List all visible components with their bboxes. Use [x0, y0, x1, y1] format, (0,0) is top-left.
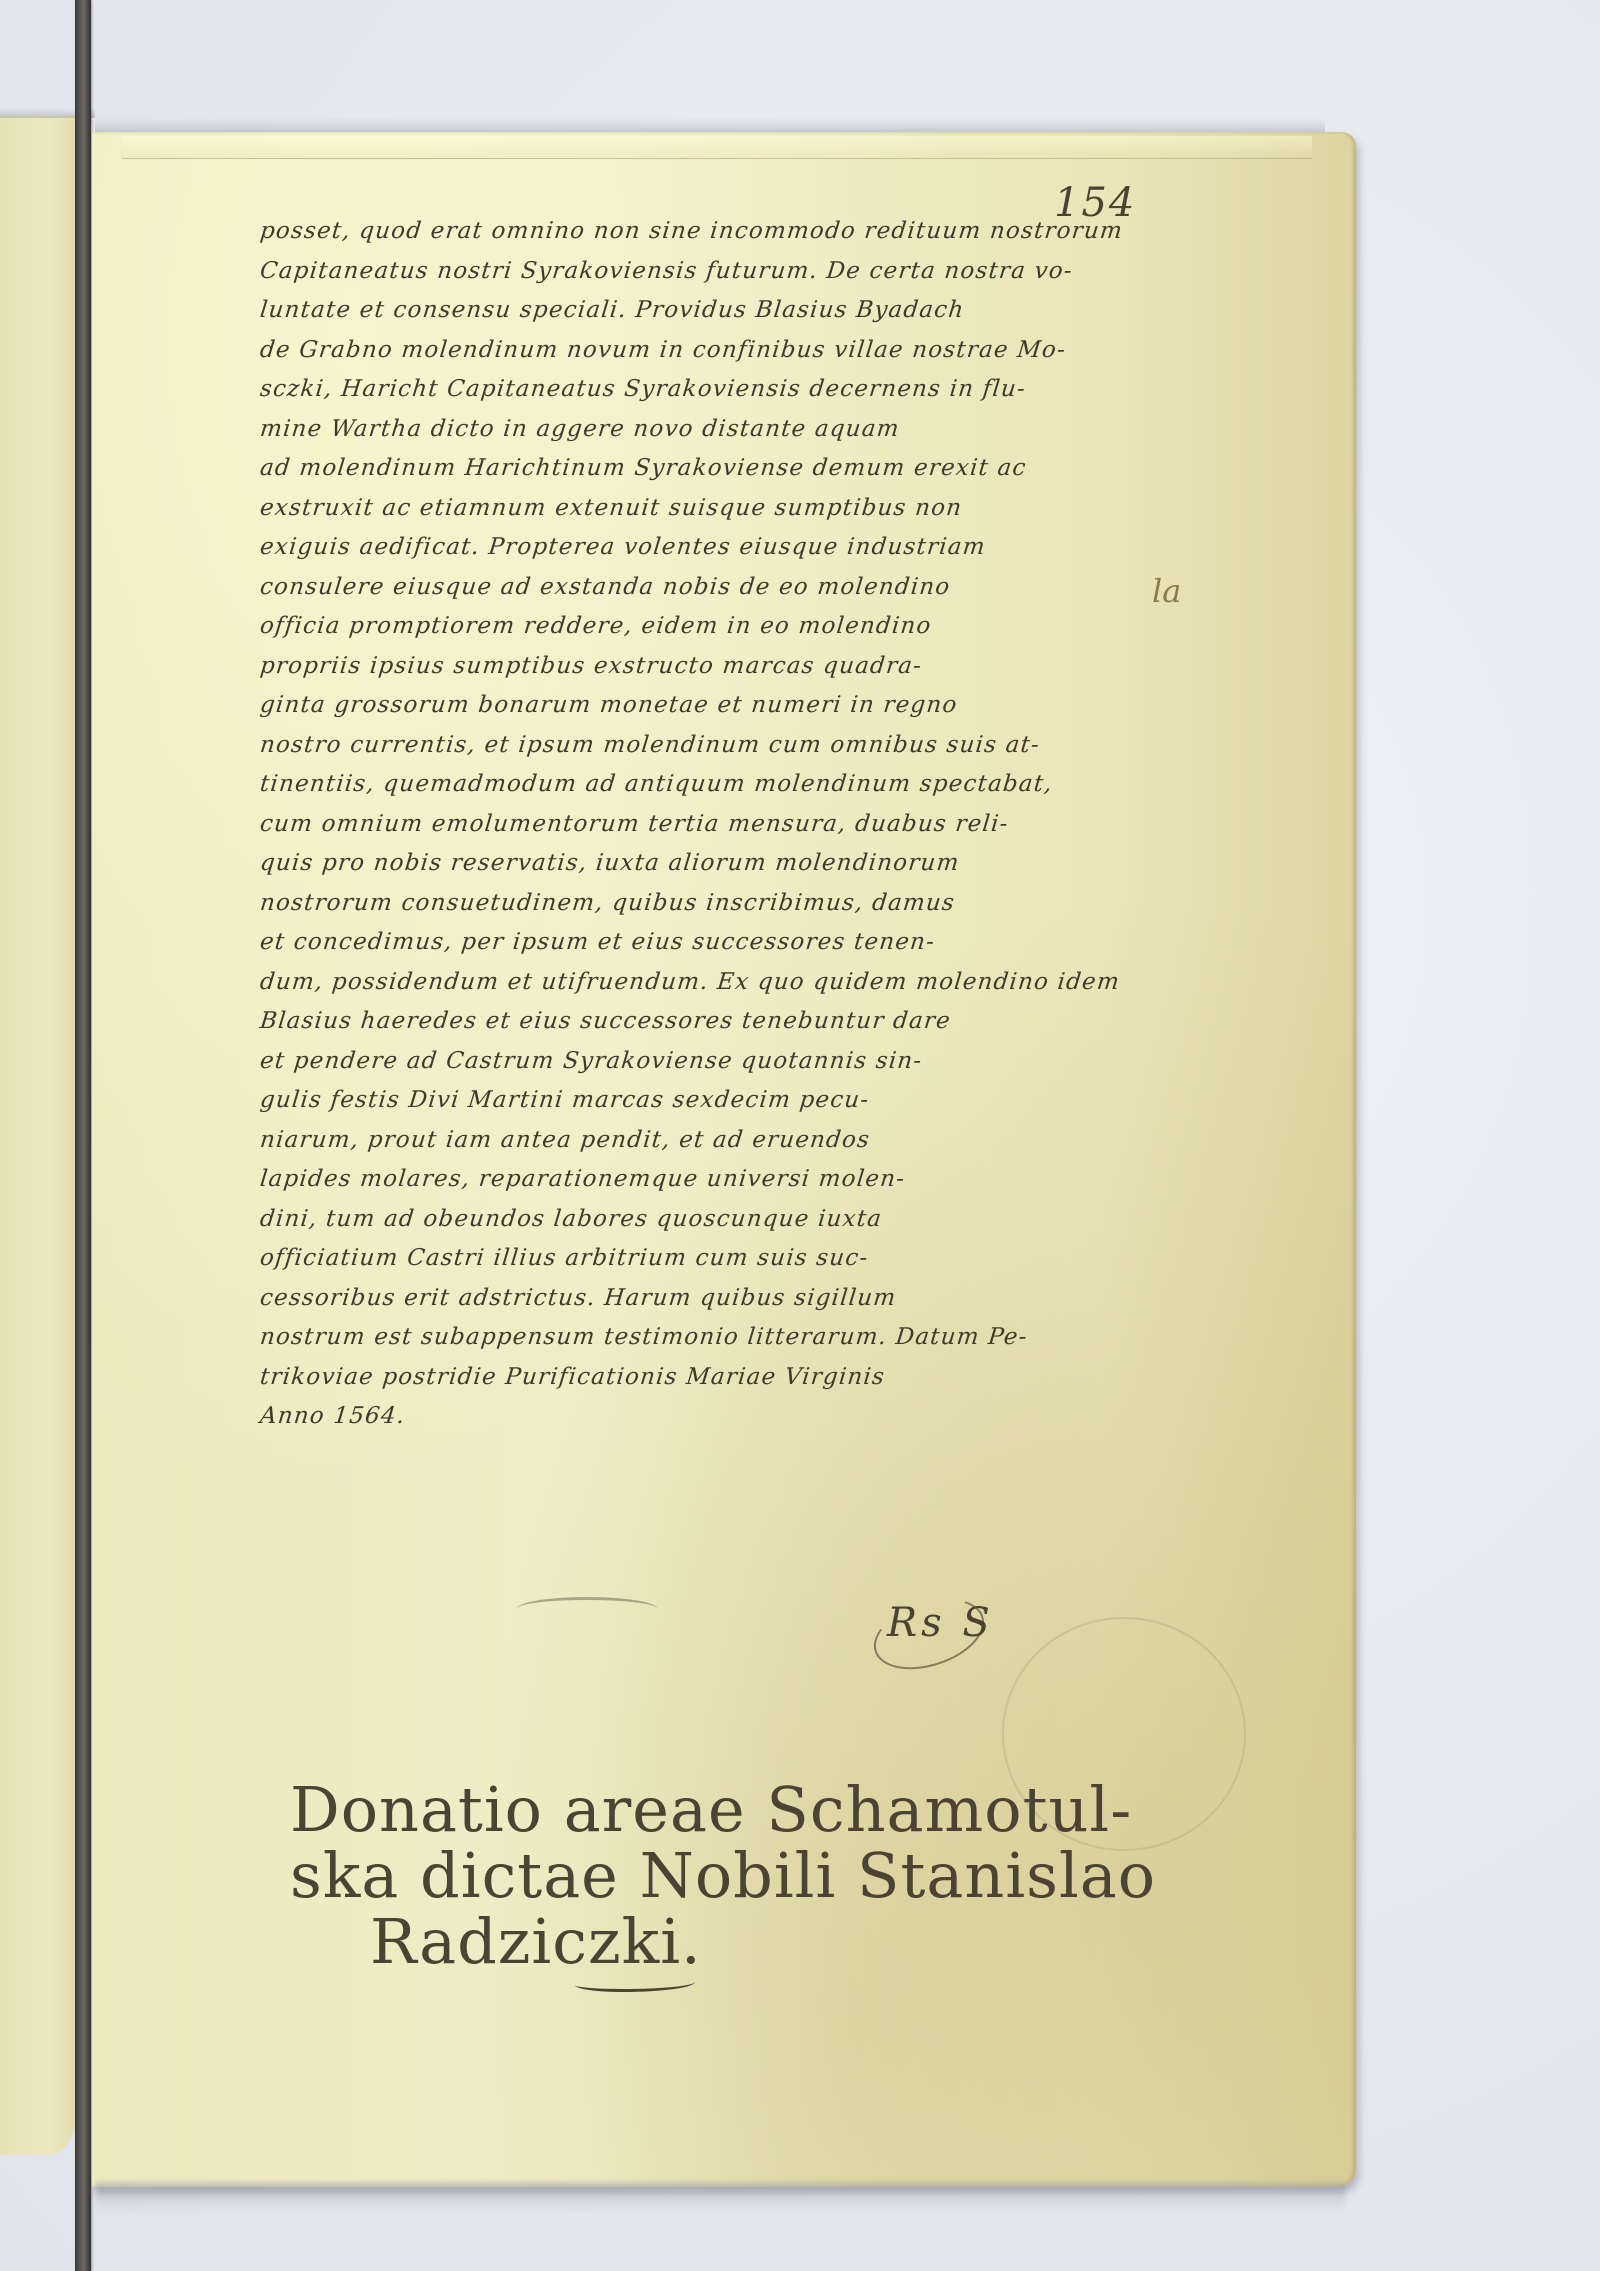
heading-line: Donatio areae Schamotul-	[290, 1777, 1190, 1843]
entry-heading: Donatio areae Schamotul- ska dictae Nobi…	[290, 1777, 1190, 1975]
text-line: trikoviae postridie Purificationis Maria…	[258, 1358, 1162, 1398]
text-line: et pendere ad Castrum Syrakoviense quota…	[258, 1042, 1162, 1082]
text-line: Blasius haeredes et eius successores ten…	[258, 1002, 1162, 1042]
text-line: exstruxit ac etiamnum extenuit suisque s…	[258, 489, 1162, 529]
text-line: luntate et consensu speciali. Providus B…	[258, 291, 1162, 331]
text-line: officiatium Castri illius arbitrium cum …	[258, 1239, 1162, 1279]
text-line: nostrum est subappensum testimonio litte…	[258, 1318, 1162, 1358]
text-line: mine Wartha dicto in aggere novo distant…	[258, 410, 1162, 450]
text-line: Anno 1564.	[258, 1397, 1162, 1437]
left-page-edge	[0, 115, 80, 2155]
heading-line: ska dictae Nobili Stanislao	[290, 1843, 1190, 1909]
ink-flourish	[517, 1597, 657, 1620]
folio-bottom-shadow	[95, 2182, 1345, 2212]
text-line: ginta grossorum bonarum monetae et numer…	[258, 686, 1162, 726]
text-line: propriis ipsius sumptibus exstructo marc…	[258, 647, 1162, 687]
signature: Rs S	[887, 1600, 994, 1646]
text-line: cum omnium emolumentorum tertia mensura,…	[258, 805, 1162, 845]
text-line: consulere eiusque ad exstanda nobis de e…	[258, 568, 1162, 608]
text-line: et concedimus, per ipsum et eius success…	[258, 923, 1162, 963]
text-line: de Grabno molendinum novum in confinibus…	[258, 331, 1162, 371]
text-line: nostrorum consuetudinem, quibus inscribi…	[258, 884, 1162, 924]
text-line: niarum, prout iam antea pendit, et ad er…	[258, 1121, 1162, 1161]
text-line: sczki, Haricht Capitaneatus Syrakoviensi…	[258, 370, 1162, 410]
binding-strap	[75, 0, 91, 2271]
text-line: Capitaneatus nostri Syrakoviensis futuru…	[258, 252, 1162, 292]
text-line: cessoribus erit adstrictus. Harum quibus…	[258, 1279, 1162, 1319]
text-line: dini, tum ad obeundos labores quoscunque…	[258, 1200, 1162, 1240]
text-line: tinentiis, quemadmodum ad antiquum molen…	[258, 765, 1162, 805]
text-line: exiguis aedificat. Propterea volentes ei…	[258, 528, 1162, 568]
text-line: nostro currentis, et ipsum molendinum cu…	[258, 726, 1162, 766]
heading-underline	[575, 1975, 695, 1992]
text-line: posset, quod erat omnino non sine incomm…	[258, 212, 1162, 252]
folio-top-fold	[122, 136, 1312, 159]
heading-line: Radziczki.	[290, 1909, 1190, 1975]
body-text: posset, quod erat omnino non sine incomm…	[260, 212, 1160, 1437]
manuscript-folio: 154 la posset, quod erat omnino non sine…	[92, 132, 1356, 2187]
text-line: officia promptiorem reddere, eidem in eo…	[258, 607, 1162, 647]
text-line: quis pro nobis reservatis, iuxta aliorum…	[258, 844, 1162, 884]
text-line: gulis festis Divi Martini marcas sexdeci…	[258, 1081, 1162, 1121]
text-line: lapides molares, reparationemque univers…	[258, 1160, 1162, 1200]
text-line: dum, possidendum et utifruendum. Ex quo …	[258, 963, 1162, 1003]
text-line: ad molendinum Harichtinum Syrakoviense d…	[258, 449, 1162, 489]
